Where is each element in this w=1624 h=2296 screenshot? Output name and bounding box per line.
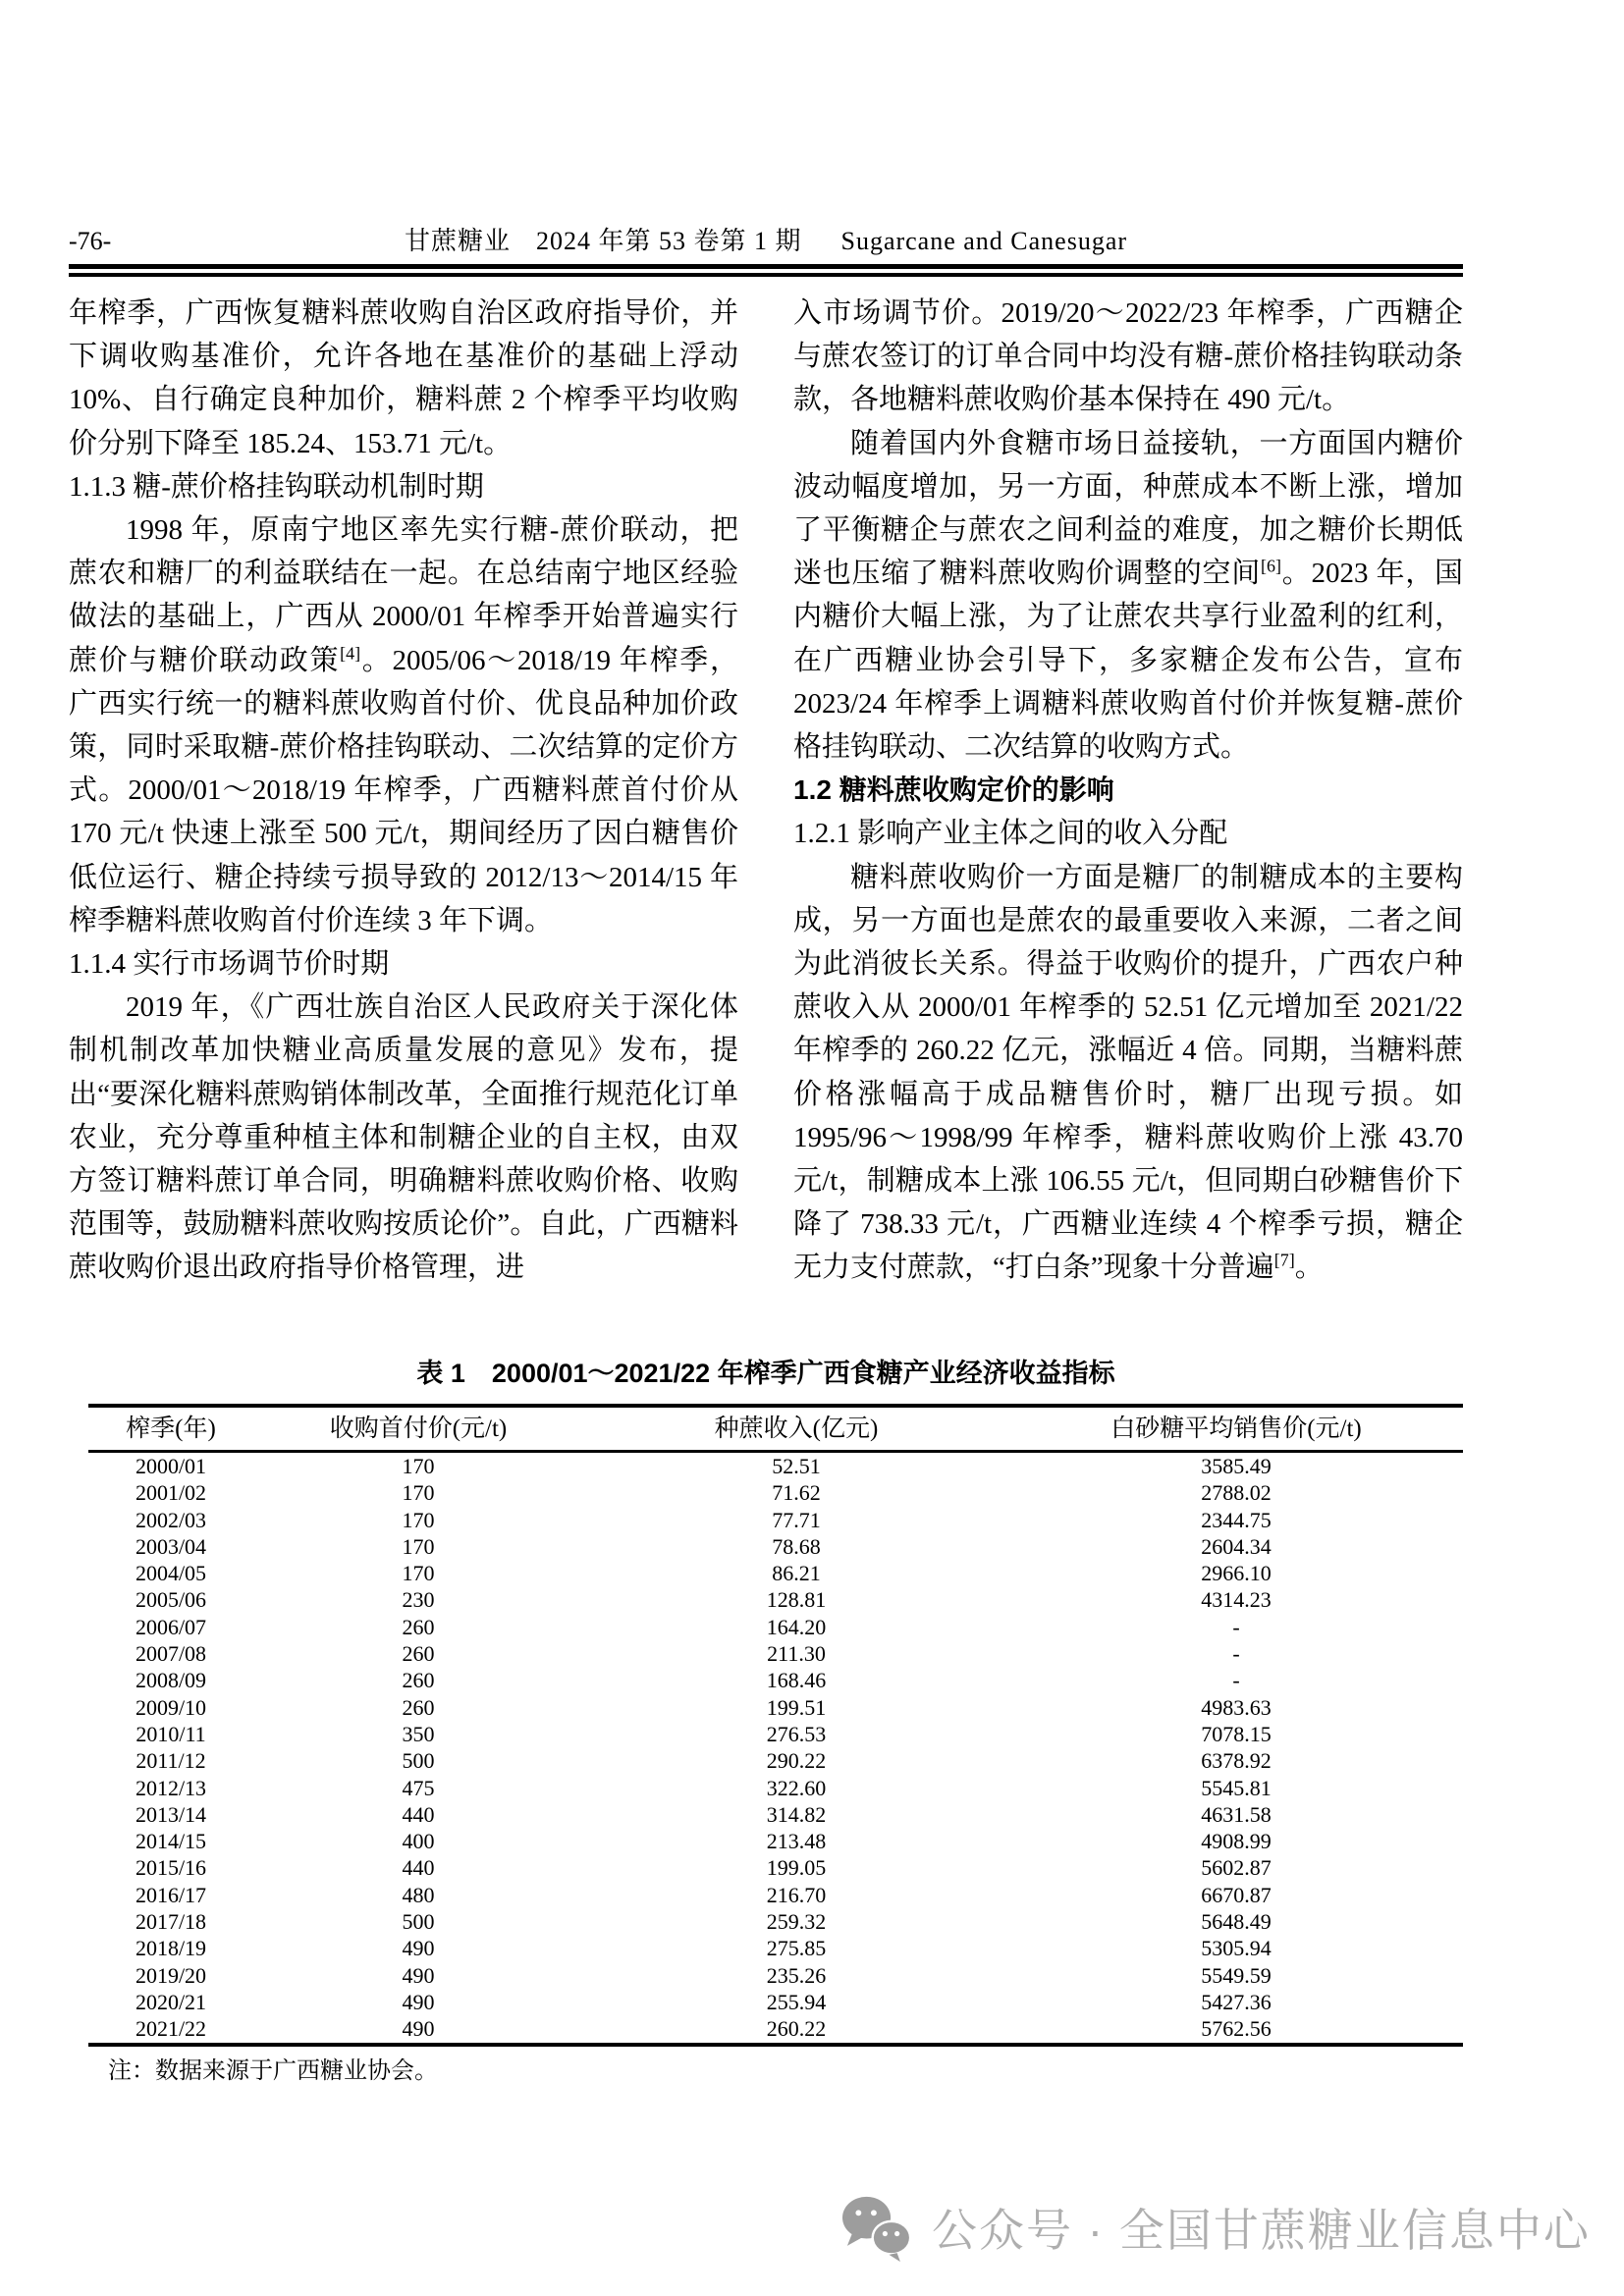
table-cell: 2003/04: [88, 1533, 253, 1560]
table-cell: 216.70: [583, 1882, 1009, 1908]
section-heading-1-1-3: 1.1.3 糖-蔗价格挂钩联动机制时期: [69, 465, 738, 508]
table-cell: 2017/18: [88, 1908, 253, 1935]
section-heading-1-1-4: 1.1.4 实行市场调节价时期: [69, 942, 738, 986]
table-cell: 170: [253, 1533, 583, 1560]
table-cell: 2011/12: [88, 1747, 253, 1774]
paragraph: 入市场调节价。2019/20～2022/23 年榨季，广西糖企与蔗农签订的订单合…: [793, 292, 1463, 422]
table-row: 2007/08260211.30-: [88, 1640, 1463, 1667]
table-cell: 255.94: [583, 1989, 1009, 2015]
table-row: 2019/20490235.265549.59: [88, 1962, 1463, 1989]
table-cell: 440: [253, 1801, 583, 1828]
column-header-cane-income: 种蔗收入(亿元): [583, 1406, 1009, 1452]
column-header-season: 榨季(年): [88, 1406, 253, 1452]
table-cell: 86.21: [583, 1560, 1009, 1586]
table-cell: 480: [253, 1882, 583, 1908]
table-body: 2000/0117052.513585.492001/0217071.62278…: [88, 1452, 1463, 2045]
table-cell: 170: [253, 1507, 583, 1533]
paragraph-text: 。2005/06～2018/19 年榨季，广西实行统一的糖料蔗收购首付价、优良品…: [69, 645, 738, 936]
table-cell: 2788.02: [1009, 1479, 1463, 1506]
table-row: 2021/22490260.225762.56: [88, 2015, 1463, 2044]
table-row: 2002/0317077.712344.75: [88, 1507, 1463, 1533]
table-cell: 2604.34: [1009, 1533, 1463, 1560]
table-cell: 235.26: [583, 1962, 1009, 1989]
table-cell: 199.51: [583, 1694, 1009, 1721]
table-cell: 260: [253, 1694, 583, 1721]
table-cell: 170: [253, 1452, 583, 1480]
table-cell: 2005/06: [88, 1586, 253, 1613]
table-cell: 52.51: [583, 1452, 1009, 1480]
section-heading-1-2: 1.2 糖料蔗收购定价的影响: [793, 769, 1463, 812]
table-cell: -: [1009, 1640, 1463, 1667]
section-heading-1-2-1: 1.2.1 影响产业主体之间的收入分配: [793, 812, 1463, 855]
header-rule-bottom: [69, 273, 1463, 277]
page: -76- 甘蔗糖业2024 年第 53 卷第 1 期Sugarcane and …: [0, 0, 1624, 2296]
table-header-row: 榨季(年) 收购首付价(元/t) 种蔗收入(亿元) 白砂糖平均销售价(元/t): [88, 1406, 1463, 1452]
column-header-first-payment-price: 收购首付价(元/t): [253, 1406, 583, 1452]
table-row: 2008/09260168.46-: [88, 1667, 1463, 1693]
table-row: 2000/0117052.513585.49: [88, 1452, 1463, 1480]
table-row: 2012/13475322.605545.81: [88, 1775, 1463, 1801]
table-cell: 211.30: [583, 1640, 1009, 1667]
issue-info: 2024 年第 53 卷第 1 期: [536, 227, 802, 255]
table-cell: 2010/11: [88, 1721, 253, 1747]
table-cell: 2012/13: [88, 1775, 253, 1801]
table-cell: 2009/10: [88, 1694, 253, 1721]
table-cell: 260: [253, 1640, 583, 1667]
table-cell: 78.68: [583, 1533, 1009, 1560]
table-cell: 2006/07: [88, 1614, 253, 1640]
header-rule-top: [69, 264, 1463, 269]
table-row: 2014/15400213.484908.99: [88, 1828, 1463, 1854]
table-row: 2016/17480216.706670.87: [88, 1882, 1463, 1908]
table-cell: 71.62: [583, 1479, 1009, 1506]
table-cell: 199.05: [583, 1854, 1009, 1881]
citation-ref: [6]: [1261, 557, 1281, 576]
journal-title-cn: 甘蔗糖业: [405, 227, 511, 255]
table-cell: -: [1009, 1667, 1463, 1693]
table-cell: 2000/01: [88, 1452, 253, 1480]
left-column: 年榨季，广西恢复糖料蔗收购自治区政府指导价，并下调收购基准价，允许各地在基准价的…: [69, 292, 738, 1334]
journal-line: 甘蔗糖业2024 年第 53 卷第 1 期Sugarcane and Canes…: [69, 224, 1463, 259]
table-cell: 2007/08: [88, 1640, 253, 1667]
paragraph: 糖料蔗收购价一方面是糖厂的制糖成本的主要构成，另一方面也是蔗农的最重要收入来源，…: [793, 856, 1463, 1290]
table-row: 2017/18500259.325648.49: [88, 1908, 1463, 1935]
table-cell: 5545.81: [1009, 1775, 1463, 1801]
table-cell: 490: [253, 1962, 583, 1989]
table-cell: 350: [253, 1721, 583, 1747]
table-row: 2015/16440199.055602.87: [88, 1854, 1463, 1881]
paragraph-text: 糖料蔗收购价一方面是糖厂的制糖成本的主要构成，另一方面也是蔗农的最重要收入来源，…: [793, 862, 1463, 1284]
table-cell: 276.53: [583, 1721, 1009, 1747]
economic-indicators-table: 榨季(年) 收购首付价(元/t) 种蔗收入(亿元) 白砂糖平均销售价(元/t) …: [88, 1404, 1463, 2047]
running-head: -76- 甘蔗糖业2024 年第 53 卷第 1 期Sugarcane and …: [69, 224, 1463, 259]
table-row: 2003/0417078.682604.34: [88, 1533, 1463, 1560]
table-cell: 6670.87: [1009, 1882, 1463, 1908]
wechat-icon: [838, 2192, 918, 2263]
table-cell: 275.85: [583, 1935, 1009, 1961]
table-cell: 170: [253, 1560, 583, 1586]
table-cell: 2001/02: [88, 1479, 253, 1506]
table-cell: 2002/03: [88, 1507, 253, 1533]
table-cell: 5602.87: [1009, 1854, 1463, 1881]
table-cell: 2344.75: [1009, 1507, 1463, 1533]
table-cell: 490: [253, 1935, 583, 1961]
body-columns: 年榨季，广西恢复糖料蔗收购自治区政府指导价，并下调收购基准价，允许各地在基准价的…: [69, 292, 1463, 1334]
table-cell: 2016/17: [88, 1882, 253, 1908]
column-header-sugar-avg-price: 白砂糖平均销售价(元/t): [1009, 1406, 1463, 1452]
right-column: 入市场调节价。2019/20～2022/23 年榨季，广西糖企与蔗农签订的订单合…: [793, 292, 1463, 1334]
table-cell: 3585.49: [1009, 1452, 1463, 1480]
table-header: 榨季(年) 收购首付价(元/t) 种蔗收入(亿元) 白砂糖平均销售价(元/t): [88, 1406, 1463, 1452]
table-row: 2011/12500290.226378.92: [88, 1747, 1463, 1774]
paragraph-text: 。: [1295, 1252, 1324, 1283]
table-row: 2010/11350276.537078.15: [88, 1721, 1463, 1747]
table-note: 注：数据来源于广西糖业协会。: [108, 2056, 1463, 2086]
table-cell: 314.82: [583, 1801, 1009, 1828]
table-row: 2001/0217071.622788.02: [88, 1479, 1463, 1506]
table-cell: 260: [253, 1667, 583, 1693]
table-cell: 500: [253, 1747, 583, 1774]
table-cell: 4908.99: [1009, 1828, 1463, 1854]
table-cell: 475: [253, 1775, 583, 1801]
citation-ref: [7]: [1274, 1251, 1295, 1270]
table-cell: 4314.23: [1009, 1586, 1463, 1613]
table-cell: 5305.94: [1009, 1935, 1463, 1961]
table-cell: 2019/20: [88, 1962, 253, 1989]
paragraph: 随着国内外食糖市场日益接轨，一方面国内糖价波动幅度增加，另一方面，种蔗成本不断上…: [793, 422, 1463, 770]
table-cell: -: [1009, 1614, 1463, 1640]
table-cell: 260.22: [583, 2015, 1009, 2044]
watermark: 公众号 · 全国甘蔗糖业信息中心: [838, 2192, 1591, 2263]
paragraph: 年榨季，广西恢复糖料蔗收购自治区政府指导价，并下调收购基准价，允许各地在基准价的…: [69, 292, 738, 465]
table-row: 2018/19490275.855305.94: [88, 1935, 1463, 1961]
table-cell: 4983.63: [1009, 1694, 1463, 1721]
header-rule: [69, 264, 1463, 277]
table-cell: 5549.59: [1009, 1962, 1463, 1989]
table-cell: 2013/14: [88, 1801, 253, 1828]
table-row: 2004/0517086.212966.10: [88, 1560, 1463, 1586]
table-cell: 7078.15: [1009, 1721, 1463, 1747]
table-row: 2020/21490255.945427.36: [88, 1989, 1463, 2015]
table-cell: 290.22: [583, 1747, 1009, 1774]
table-cell: 2020/21: [88, 1989, 253, 2015]
table-cell: 168.46: [583, 1667, 1009, 1693]
table-cell: 5762.56: [1009, 2015, 1463, 2044]
table-cell: 2014/15: [88, 1828, 253, 1854]
table-cell: 213.48: [583, 1828, 1009, 1854]
table-cell: 322.60: [583, 1775, 1009, 1801]
journal-title-en: Sugarcane and Canesugar: [840, 227, 1127, 255]
table-cell: 2008/09: [88, 1667, 253, 1693]
table-cell: 2021/22: [88, 2015, 253, 2044]
table-row: 2006/07260164.20-: [88, 1614, 1463, 1640]
table-cell: 5427.36: [1009, 1989, 1463, 2015]
table-cell: 490: [253, 1989, 583, 2015]
table-cell: 440: [253, 1854, 583, 1881]
table-title: 表 1 2000/01～2021/22 年榨季广西食糖产业经济收益指标: [69, 1358, 1463, 1389]
table-cell: 490: [253, 2015, 583, 2044]
table-cell: 170: [253, 1479, 583, 1506]
watermark-text: 公众号 · 全国甘蔗糖业信息中心: [932, 2195, 1591, 2260]
table-cell: 4631.58: [1009, 1801, 1463, 1828]
table-cell: 128.81: [583, 1586, 1009, 1613]
table-section: 表 1 2000/01～2021/22 年榨季广西食糖产业经济收益指标 榨季(年…: [69, 1358, 1463, 2086]
table-cell: 5648.49: [1009, 1908, 1463, 1935]
table-cell: 400: [253, 1828, 583, 1854]
table-row: 2009/10260199.514983.63: [88, 1694, 1463, 1721]
table-row: 2005/06230128.814314.23: [88, 1586, 1463, 1613]
table-cell: 260: [253, 1614, 583, 1640]
table-cell: 230: [253, 1586, 583, 1613]
table-cell: 2966.10: [1009, 1560, 1463, 1586]
table-cell: 2004/05: [88, 1560, 253, 1586]
paragraph: 1998 年，原南宁地区率先实行糖-蔗价联动，把蔗农和糖厂的利益联结在一起。在总…: [69, 508, 738, 942]
table-cell: 77.71: [583, 1507, 1009, 1533]
table-cell: 2018/19: [88, 1935, 253, 1961]
paragraph: 2019 年，《广西壮族自治区人民政府关于深化体制机制改革加快糖业高质量发展的意…: [69, 986, 738, 1289]
table-cell: 2015/16: [88, 1854, 253, 1881]
table-cell: 500: [253, 1908, 583, 1935]
table-cell: 6378.92: [1009, 1747, 1463, 1774]
table-cell: 164.20: [583, 1614, 1009, 1640]
citation-ref: [4]: [340, 643, 360, 663]
table-cell: 259.32: [583, 1908, 1009, 1935]
table-row: 2013/14440314.824631.58: [88, 1801, 1463, 1828]
